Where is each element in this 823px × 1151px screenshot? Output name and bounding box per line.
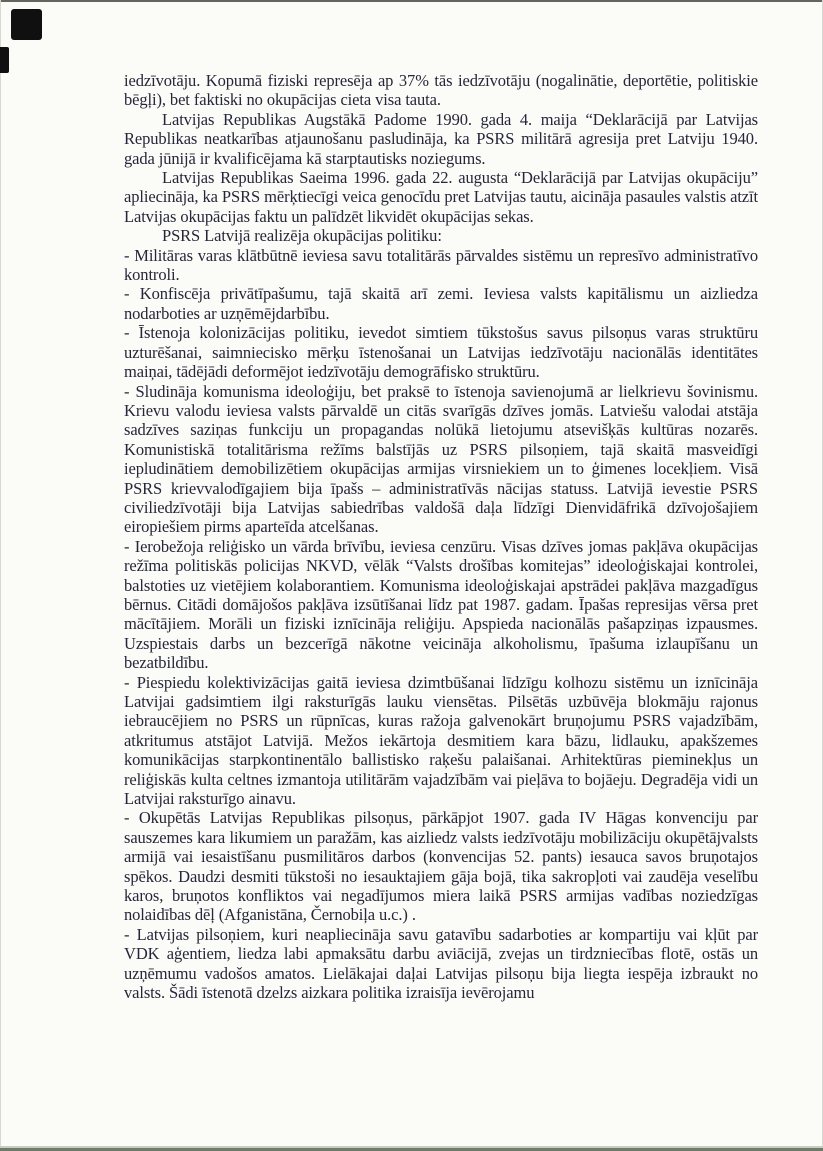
scan-artifact-corner-mark [11, 9, 42, 40]
paragraph: PSRS Latvijā realizēja okupācijas politi… [124, 226, 758, 245]
paragraph: - Piespiedu kolektivizācijas gaitā ievie… [124, 673, 758, 809]
paragraph: - Okupētās Latvijas Republikas pilsoņus,… [124, 808, 758, 924]
paragraph: Latvijas Republikas Augstākā Padome 1990… [124, 110, 758, 168]
paragraph: Latvijas Republikas Saeima 1996. gada 22… [124, 168, 758, 226]
paragraph: - Latvijas pilsoņiem, kuri neapliecināja… [124, 925, 758, 1003]
scan-edge-left-line [0, 0, 1, 1151]
paragraph: - Militāras varas klātbūtnē ieviesa savu… [124, 246, 758, 285]
paragraph: - Ierobežoja reliģisko un vārda brīvību,… [124, 537, 758, 673]
paragraph: - Īstenoja kolonizācijas politiku, ieved… [124, 323, 758, 381]
scan-edge-top-line [0, 0, 823, 2]
paragraph: - Sludināja komunisma ideoloģiju, bet pr… [124, 382, 758, 537]
document-text: iedzīvotāju. Kopumā fiziski represēja ap… [124, 71, 758, 1003]
scanned-document-page: iedzīvotāju. Kopumā fiziski represēja ap… [0, 0, 823, 1151]
scan-artifact-left-edge-mark [0, 47, 9, 73]
paragraph: - Konfiscēja privātīpašumu, tajā skaitā … [124, 284, 758, 323]
paragraph: iedzīvotāju. Kopumā fiziski represēja ap… [124, 71, 758, 110]
